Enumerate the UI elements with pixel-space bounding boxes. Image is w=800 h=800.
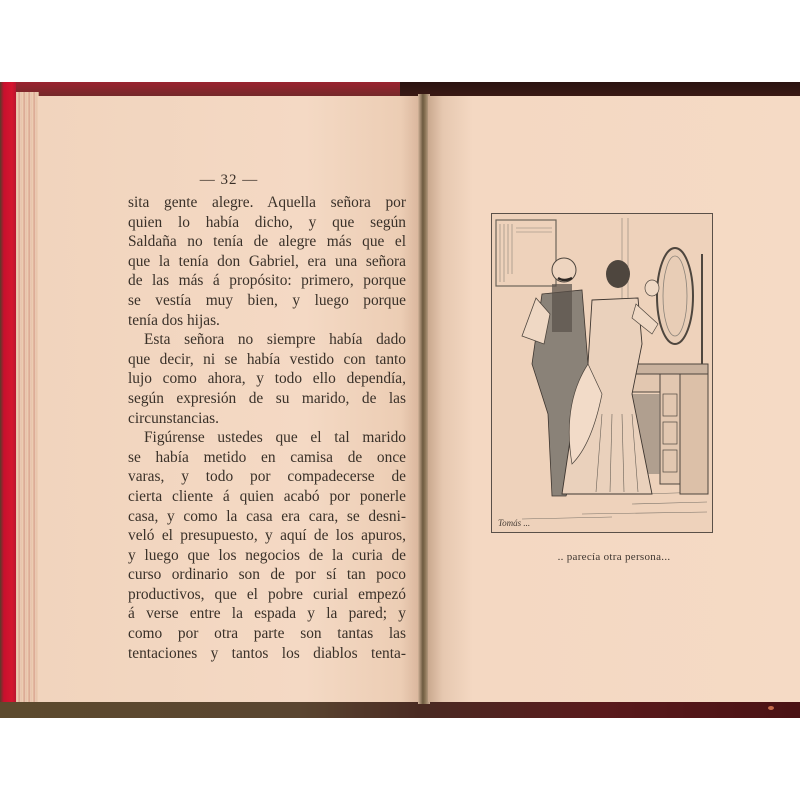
text-line: de las más á propósito: primero, porque [128,271,406,291]
text-line: sita gente alegre. Aquella señora por [128,193,406,213]
text-line: casa, y como la casa era cara, se desni- [128,507,406,527]
paragraph-3: Figúrense ustedes que el tal marido se h… [128,428,406,663]
page-fore-edge [16,92,39,704]
text-line: y luego que los negocios de la curia de [128,546,406,566]
text-line: que decir, ni se había vestido con tanto [128,350,406,370]
right-page: Tomás ... .. parecía otra persona... [428,96,800,702]
body-text: sita gente alegre. Aquella señora por qu… [128,193,406,663]
text-line: que la tenía don Gabriel, era una señora [128,252,406,272]
text-line: tenía dos hijas. [128,311,406,331]
text-line: Saldaña no tenía de alegre más que el [128,232,406,252]
page-stain [768,706,774,710]
engraving-illustration: Tomás ... [491,213,713,533]
text-line: circunstancias. [128,409,406,429]
text-line: á verse entre la espada y la pared; y [128,604,406,624]
text-line: veló el presupuesto, y aquí de los apuro… [128,526,406,546]
text-line: tentaciones y tantos los diablos tenta- [128,644,406,664]
text-line: curso ordinario son de por sí tan poco [128,565,406,585]
paragraph-1: sita gente alegre. Aquella señora por qu… [128,193,406,330]
text-line: lujo como ahora, y todo ello dependía, [128,369,406,389]
text-line: se había metido en camisa de once [128,448,406,468]
text-line: como por otra parte son tantas las [128,624,406,644]
text-line: según expresión de su marido, de las [128,389,406,409]
text-line: Figúrense ustedes que el tal marido [128,428,406,448]
text-line: Esta señora no siempre había dado [128,330,406,350]
text-line: cierta cliente á quien acabó por ponerle [128,487,406,507]
text-line: se vestía muy bien, y luego porque [128,291,406,311]
cover-bottom [0,702,800,718]
text-line: varas, y todo por compadecerse de [128,467,406,487]
text-line: quien lo había dicho, y que según [128,213,406,233]
open-book: — 32 — sita gente alegre. Aquella señora… [0,82,800,718]
page-number: — 32 — [38,172,420,189]
paragraph-2: Esta señora no siempre había dado que de… [128,330,406,428]
vanity-scene-illustration [492,214,712,532]
text-line: productivos, que el pobre curial empezó [128,585,406,605]
left-page: — 32 — sita gente alegre. Aquella señora… [38,96,420,702]
illustration-caption: .. parecía otra persona... [428,551,800,563]
red-cover-edge [0,82,16,718]
artist-signature: Tomás ... [498,518,530,528]
